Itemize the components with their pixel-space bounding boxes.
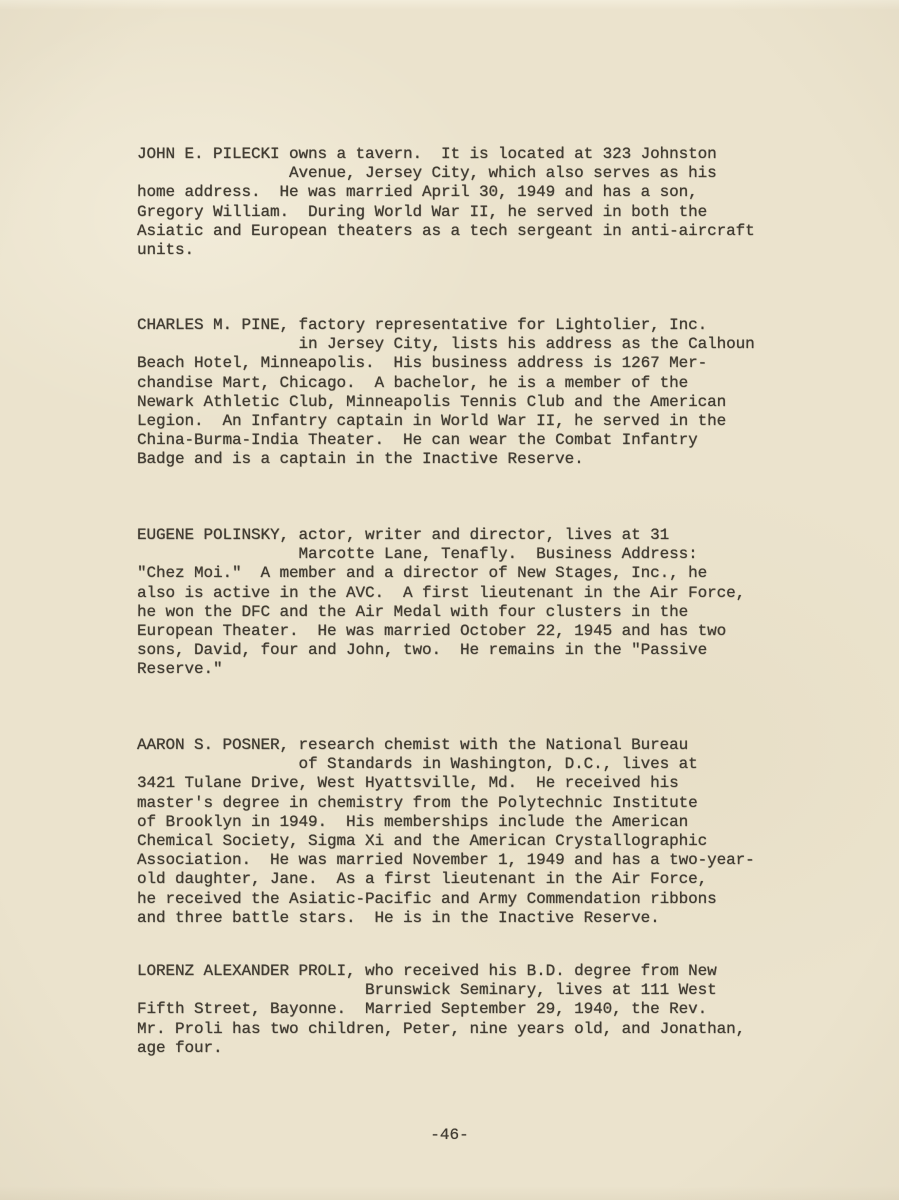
page-number: -46- xyxy=(0,1126,899,1145)
text-line: sons, David, four and John, two. He rema… xyxy=(137,641,745,660)
text-line: Badge and is a captain in the Inactive R… xyxy=(137,450,755,469)
text-line: Mr. Proli has two children, Peter, nine … xyxy=(137,1020,745,1039)
text-line: Brunswick Seminary, lives at 111 West xyxy=(137,981,745,1000)
text-line: age four. xyxy=(137,1039,745,1058)
text-line: AARON S. POSNER, research chemist with t… xyxy=(137,736,755,755)
text-line: Reserve." xyxy=(137,660,745,679)
text-line: old daughter, Jane. As a first lieutenan… xyxy=(137,870,755,889)
text-line: he received the Asiatic-Pacific and Army… xyxy=(137,890,755,909)
text-line: master's degree in chemistry from the Po… xyxy=(137,794,755,813)
text-line: in Jersey City, lists his address as the… xyxy=(137,335,755,354)
text-line: Gregory William. During World War II, he… xyxy=(137,203,755,222)
text-line: "Chez Moi." A member and a director of N… xyxy=(137,564,745,583)
directory-entry-john-e-pilecki: JOHN E. PILECKI owns a tavern. It is loc… xyxy=(137,145,755,260)
text-line: chandise Mart, Chicago. A bachelor, he i… xyxy=(137,374,755,393)
text-line: Avenue, Jersey City, which also serves a… xyxy=(137,164,755,183)
text-line: Newark Athletic Club, Minneapolis Tennis… xyxy=(137,393,755,412)
directory-entry-lorenz-alexander-proli: LORENZ ALEXANDER PROLI, who received his… xyxy=(137,962,745,1058)
directory-entry-aaron-s-posner: AARON S. POSNER, research chemist with t… xyxy=(137,736,755,928)
text-line: home address. He was married April 30, 1… xyxy=(137,183,755,202)
text-line: also is active in the AVC. A first lieut… xyxy=(137,584,745,603)
text-line: EUGENE POLINSKY, actor, writer and direc… xyxy=(137,526,745,545)
text-line: units. xyxy=(137,241,755,260)
text-line: Asiatic and European theaters as a tech … xyxy=(137,222,755,241)
directory-entry-eugene-polinsky: EUGENE POLINSKY, actor, writer and direc… xyxy=(137,526,745,680)
text-line: Marcotte Lane, Tenafly. Business Address… xyxy=(137,545,745,564)
text-line: Beach Hotel, Minneapolis. His business a… xyxy=(137,354,755,373)
text-line: of Standards in Washington, D.C., lives … xyxy=(137,755,755,774)
text-line: European Theater. He was married October… xyxy=(137,622,745,641)
text-line: of Brooklyn in 1949. His memberships inc… xyxy=(137,813,755,832)
text-line: Association. He was married November 1, … xyxy=(137,851,755,870)
text-line: LORENZ ALEXANDER PROLI, who received his… xyxy=(137,962,745,981)
text-line: JOHN E. PILECKI owns a tavern. It is loc… xyxy=(137,145,755,164)
text-line: and three battle stars. He is in the Ina… xyxy=(137,909,755,928)
text-line: he won the DFC and the Air Medal with fo… xyxy=(137,603,745,622)
text-line: Chemical Society, Sigma Xi and the Ameri… xyxy=(137,832,755,851)
text-line: China-Burma-India Theater. He can wear t… xyxy=(137,431,755,450)
text-line: Legion. An Infantry captain in World War… xyxy=(137,412,755,431)
text-line: Fifth Street, Bayonne. Married September… xyxy=(137,1000,745,1019)
text-line: CHARLES M. PINE, factory representative … xyxy=(137,316,755,335)
text-line: 3421 Tulane Drive, West Hyattsville, Md.… xyxy=(137,774,755,793)
scanned-document-page: JOHN E. PILECKI owns a tavern. It is loc… xyxy=(0,0,899,1200)
directory-entry-charles-m-pine: CHARLES M. PINE, factory representative … xyxy=(137,316,755,470)
